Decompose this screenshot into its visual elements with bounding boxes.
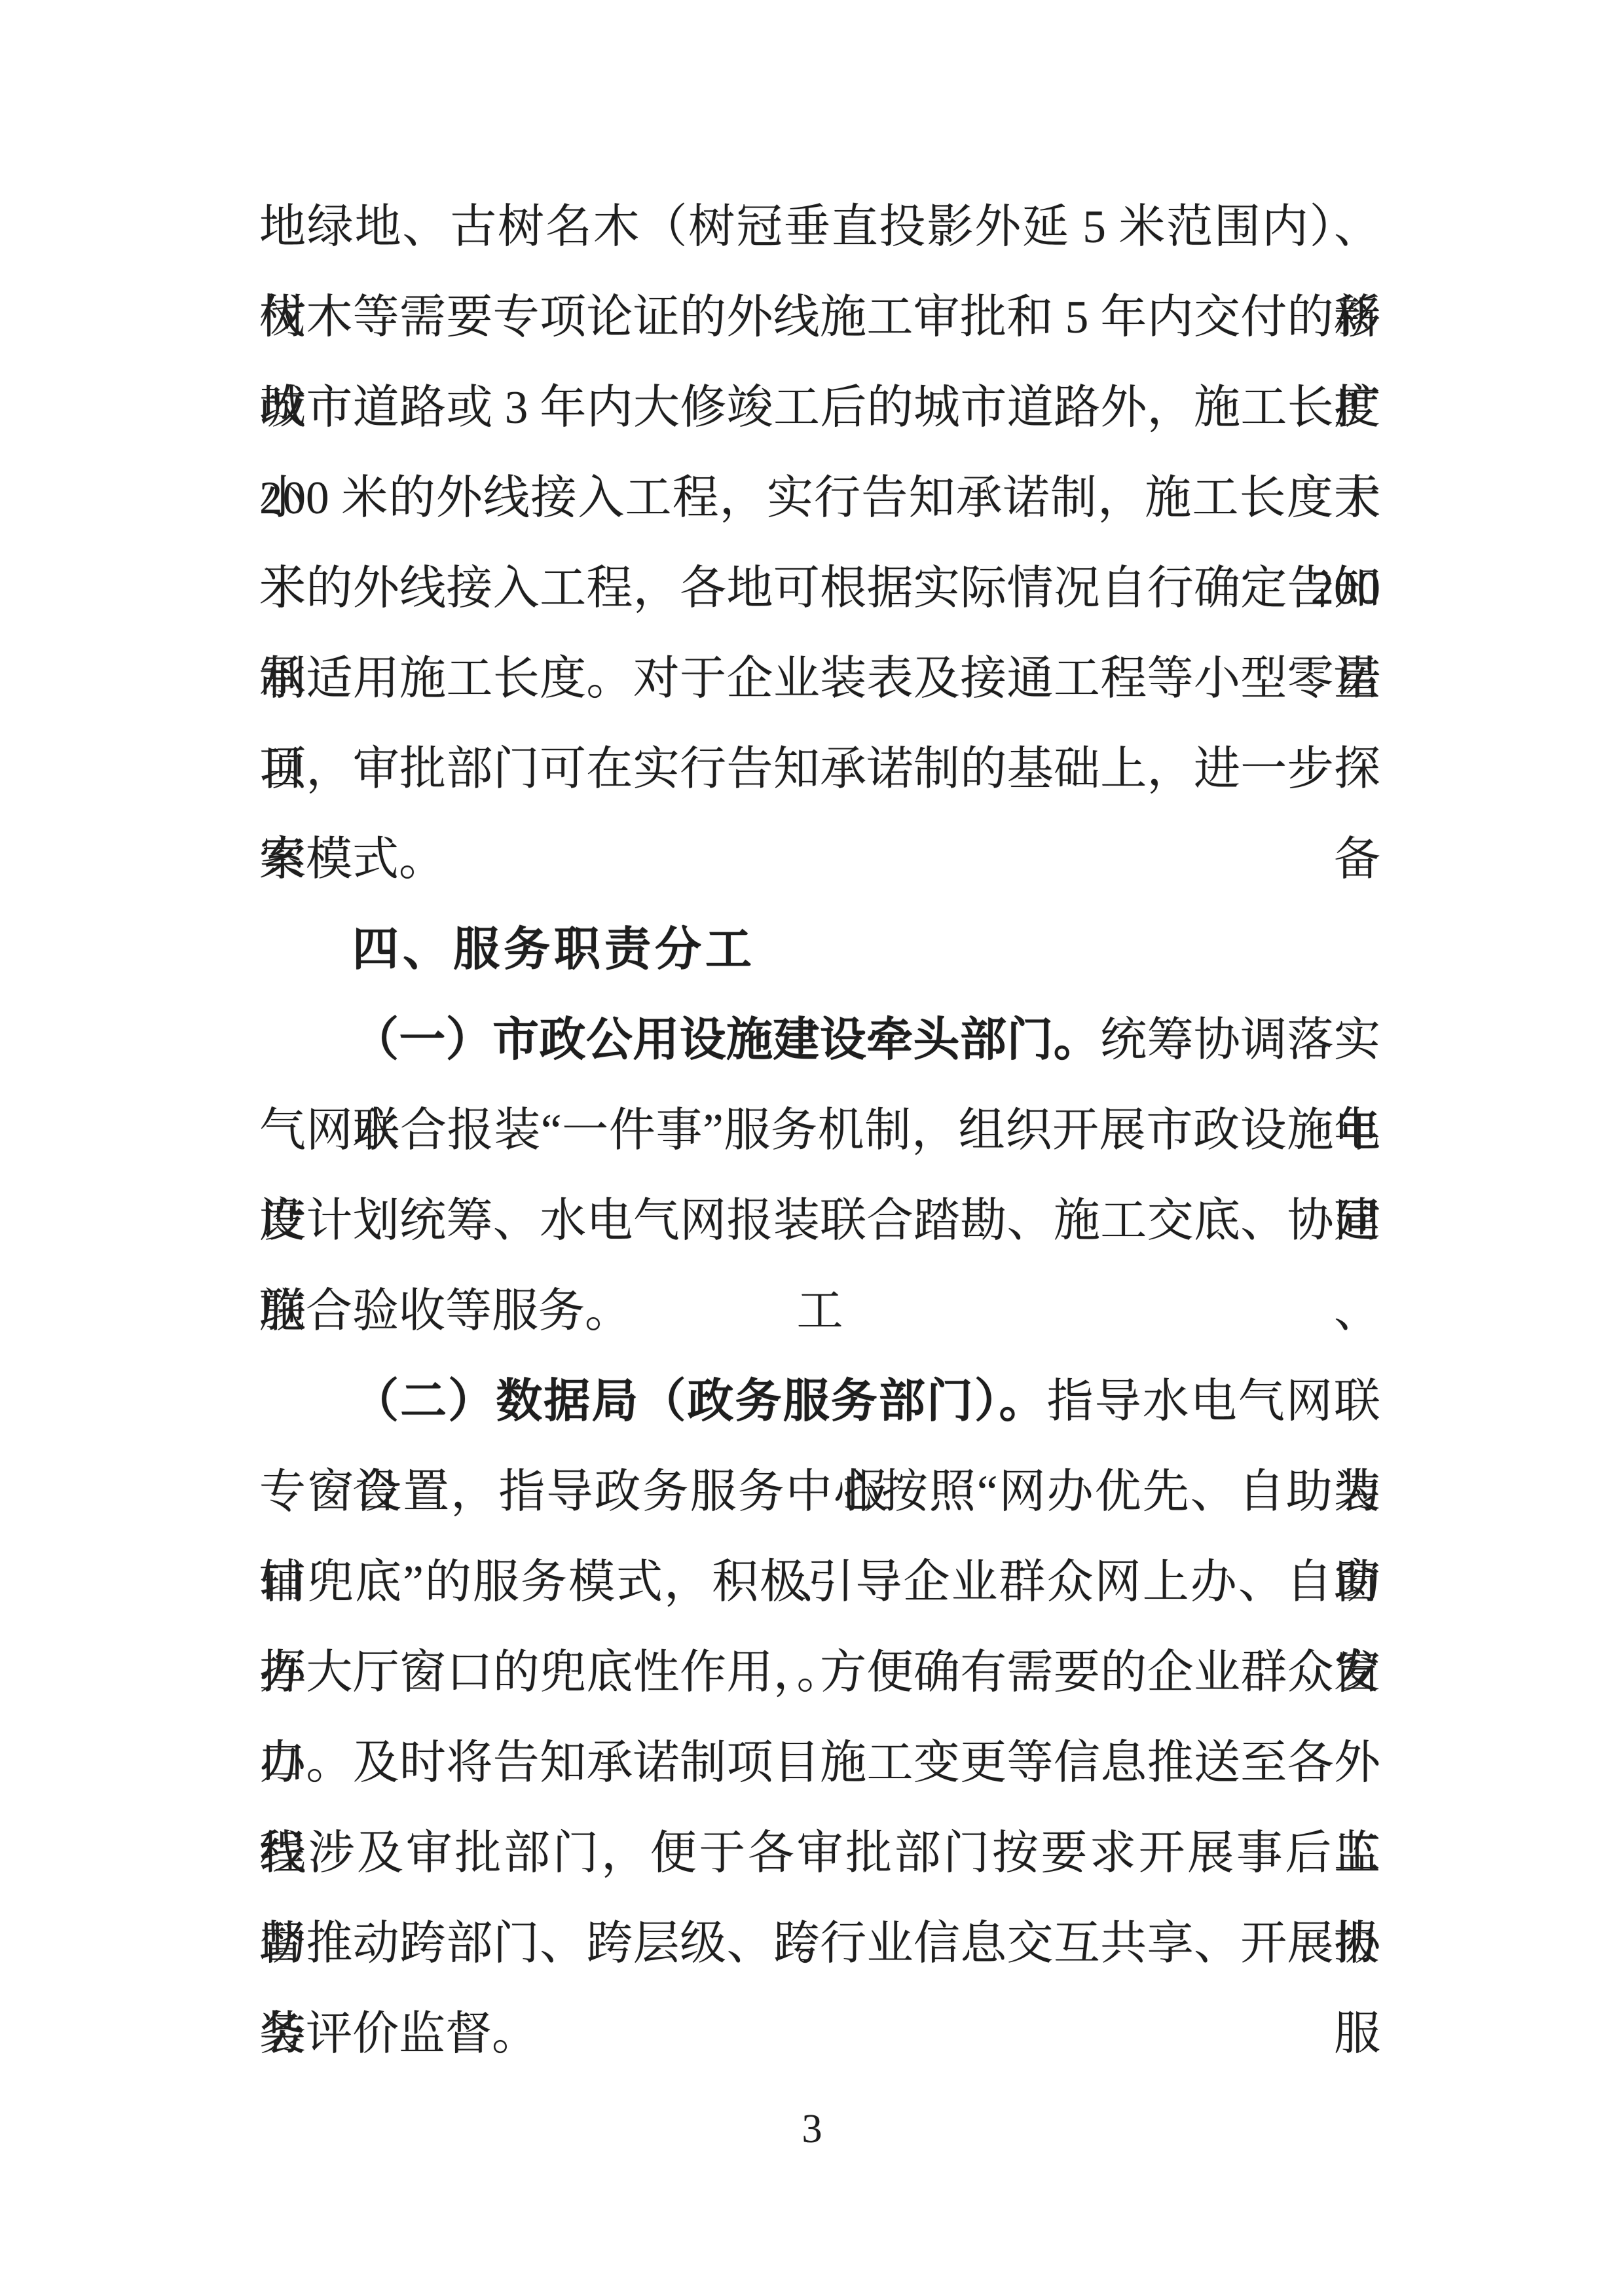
document-line: 挥大厅窗口的兜底性作用，方便确有需要的企业群众窗口 xyxy=(259,1628,1380,1718)
document-line: 城市道路或 3 年内大修竣工后的城市道路外，施工长度小于 xyxy=(259,363,1380,453)
document-line: 气网联合报装“一件事”服务机制，组织开展市政设施年度建 xyxy=(259,1085,1380,1176)
document-line: 目，审批部门可在实行告知承诺制的基础上，进一步探索备 xyxy=(259,724,1380,814)
page-number: 3 xyxy=(0,2103,1624,2155)
section-heading: 四、服务职责分工 xyxy=(259,905,1380,995)
document-line: 口兜底”的服务模式，积极引导企业群众网上办、自助办。发 xyxy=(259,1537,1380,1628)
line-text: 联合验收等服务。 xyxy=(259,1286,631,1337)
document-line: 助推动跨部门、跨层级、跨行业信息交互共享、开展报装服 xyxy=(259,1899,1380,1989)
document-line: 程涉及审批部门，便于各审批部门按要求开展事后监督。协 xyxy=(259,1808,1380,1899)
line-lead-text: （一）市政公用设施建设牵头部门。 xyxy=(352,1015,1100,1066)
line-text: 案模式。 xyxy=(259,834,445,885)
line-lead-text: （二）数据局（政务服务部门）。 xyxy=(352,1376,1047,1427)
document-line: 专窗设置，指导政务服务中心按照“网办优先、自助为辅、窗 xyxy=(259,1447,1380,1537)
document-text-block: 地绿地、古树名木（树冠垂直投影外延 5 米范围内）、伐移 树木等需要专项论证的外… xyxy=(259,182,1380,2079)
document-line: 树木等需要专项论证的外线施工审批和 5 年内交付的新改扩 xyxy=(259,272,1380,363)
document-line: 地绿地、古树名木（树冠垂直投影外延 5 米范围内）、伐移 xyxy=(259,182,1380,272)
document-line: 制适用施工长度。对于企业装表及接通工程等小型零星项 xyxy=(259,634,1380,724)
section-heading-text: 四、服务职责分工 xyxy=(352,924,756,975)
document-line: 米的外线接入工程，各地可根据实际情况自行确定告知承诺 xyxy=(259,543,1380,634)
document-line: 设计划统筹、水电气网报装联合踏勘、施工交底、协同施工、 xyxy=(259,1176,1380,1266)
document-line: （二）数据局（政务服务部门）。指导水电气网联合报装 xyxy=(259,1357,1380,1447)
document-page: 地绿地、古树名木（树冠垂直投影外延 5 米范围内）、伐移 树木等需要专项论证的外… xyxy=(0,0,1624,2296)
document-line: （一）市政公用设施建设牵头部门。统筹协调落实水电 xyxy=(259,995,1380,1085)
document-line: 200 米的外线接入工程，实行告知承诺制，施工长度大于 200 xyxy=(259,453,1380,543)
document-line: 办。及时将告知承诺制项目施工变更等信息推送至各外线工 xyxy=(259,1718,1380,1808)
line-text: 务评价监督。 xyxy=(259,2009,538,2060)
